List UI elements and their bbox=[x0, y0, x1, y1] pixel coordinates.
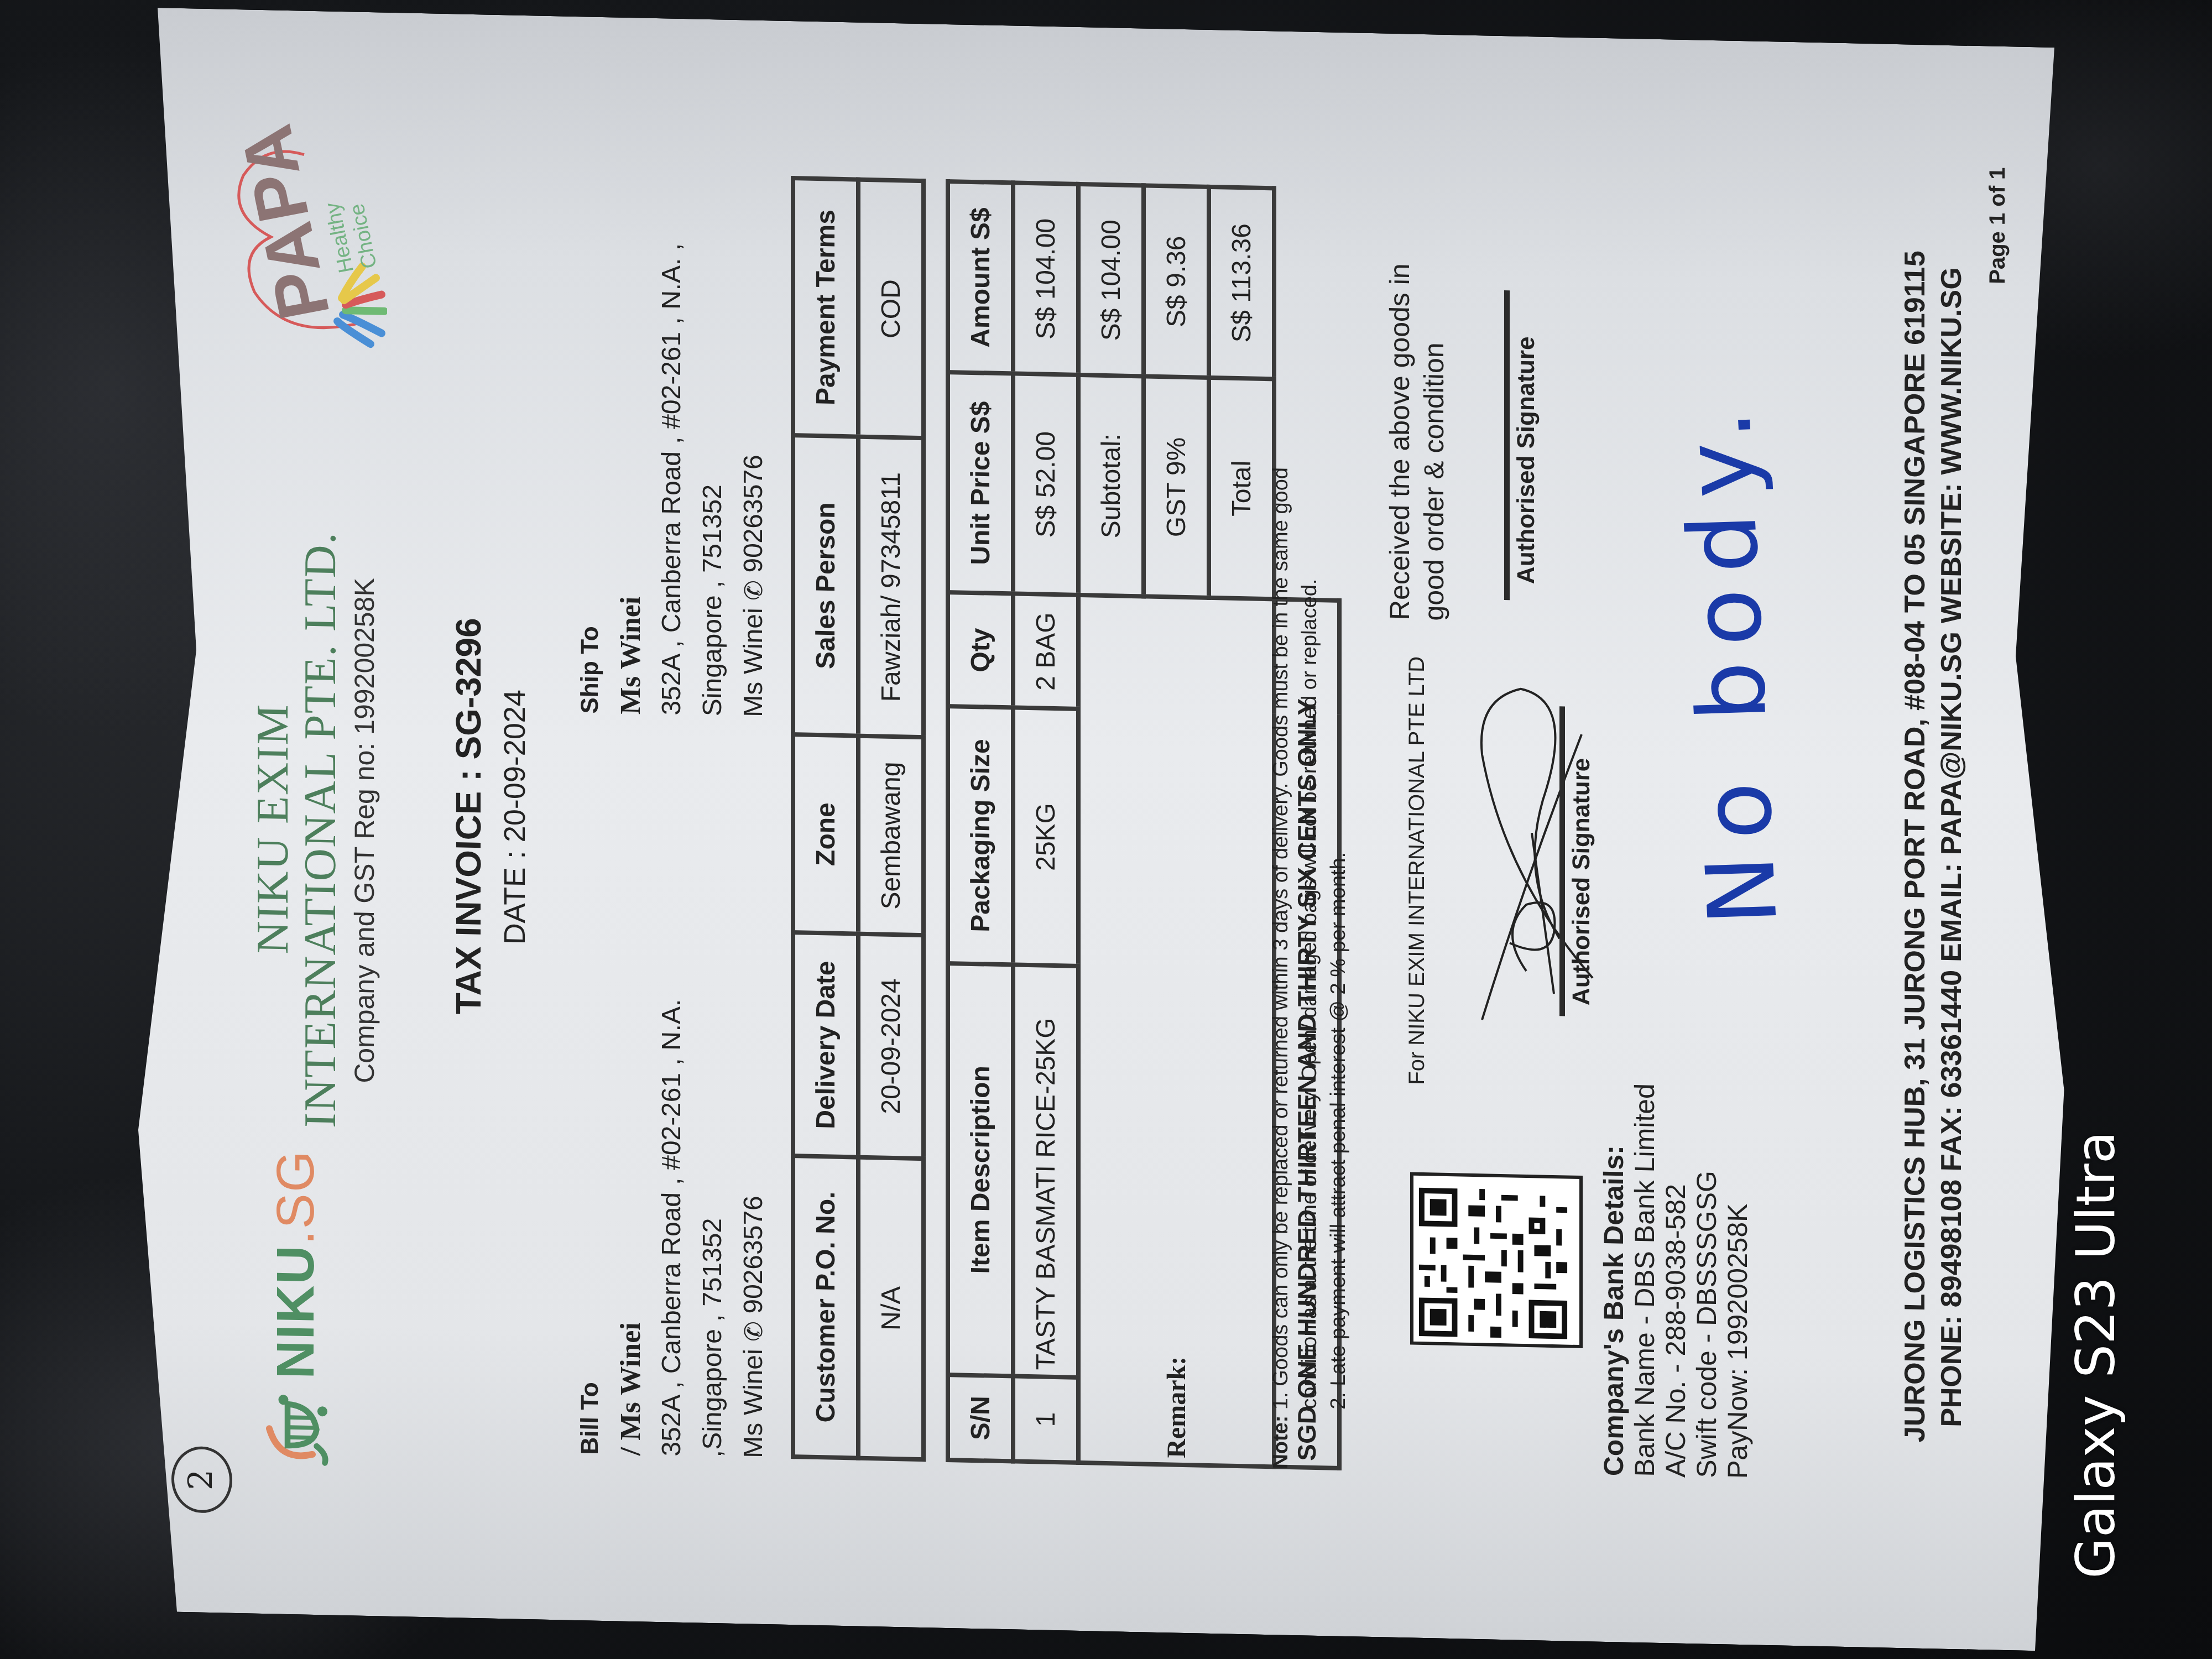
bill-to-label: Bill To bbox=[570, 997, 611, 1455]
customer-signature-line bbox=[1504, 290, 1510, 600]
ship-to-label: Ship To bbox=[570, 241, 611, 714]
remark-label: Remark: bbox=[1078, 595, 1274, 1467]
received-line-1: Received the above goods in bbox=[1383, 263, 1417, 620]
header-unit-price: Unit Price S$ bbox=[948, 372, 1013, 594]
niku-wordmark: NIKU.SG bbox=[265, 1149, 326, 1379]
note-1: Note: 1. Goods can only be replaced or r… bbox=[1266, 197, 1295, 1469]
company-reg-number: Company and GST Reg no: 199200258K bbox=[348, 498, 380, 1162]
company-signature-line bbox=[1559, 706, 1565, 1016]
header-delivery-date: Delivery Date bbox=[793, 932, 858, 1157]
bank-name: Bank Name - DBS Bank Limited bbox=[1629, 1083, 1660, 1477]
subtotal-label: Subtotal: bbox=[1078, 375, 1144, 597]
phone-icon: ✆ bbox=[740, 580, 768, 601]
bill-to-address-line1: 352A , Canberra Road , #02-261 , N.A. bbox=[651, 999, 692, 1457]
bank-account: A/C No. - 288-9038-582 bbox=[1660, 1084, 1691, 1478]
item-qty: 2 BAG bbox=[1013, 594, 1078, 709]
invoice-title: TAX INVOICE : SG-3296 bbox=[448, 14, 489, 1619]
item-sn: 1 bbox=[1013, 1376, 1078, 1462]
bill-to-contact: Ms Winei ✆ 90263576 bbox=[733, 1000, 775, 1459]
footer-contacts: PHONE: 89498108 FAX: 63361440 EMAIL: PAP… bbox=[1933, 45, 1970, 1649]
total-label: Total bbox=[1209, 378, 1274, 599]
company-name-line1: NIKU EXIM bbox=[249, 497, 296, 1161]
phone-icon: ✆ bbox=[740, 1321, 768, 1342]
ship-to-address-line2: Singapore , 751352 bbox=[692, 243, 733, 716]
subtotal-row: Remark: Subtotal: S$ 104.00 bbox=[1078, 184, 1144, 1464]
page-number: Page 1 of 1 bbox=[1985, 167, 2010, 284]
paynow-qr-code bbox=[1410, 1172, 1583, 1349]
received-goods-statement: Received the above goods in good order &… bbox=[1383, 263, 1451, 622]
camera-watermark: Galaxy S23 Ultra bbox=[2065, 1131, 2127, 1578]
company-name-line2: INTERNATIONAL PTE. LTD. bbox=[296, 497, 344, 1162]
header-item-description: Item Description bbox=[948, 963, 1013, 1376]
header-zone: Zone bbox=[793, 734, 858, 933]
bill-to-block: Bill To / Ms Winei 352A , Canberra Road … bbox=[570, 997, 775, 1458]
bank-details: Company's Bank Details: Bank Name - DBS … bbox=[1598, 1082, 1753, 1479]
header-payment-terms: Payment Terms bbox=[793, 178, 858, 437]
invoice-date: DATE : 20-09-2024 bbox=[498, 15, 532, 1619]
niku-logo: NIKU.SG bbox=[254, 1149, 337, 1472]
item-packaging-size: 25KG bbox=[1013, 708, 1078, 966]
notes-block: Note: 1. Goods can only be replaced or r… bbox=[1266, 197, 1353, 1470]
ship-to-name: Ms Winei bbox=[611, 242, 651, 714]
bank-details-heading: Company's Bank Details: bbox=[1598, 1082, 1629, 1477]
header-customer-po: Customer P.O. No. bbox=[793, 1156, 858, 1458]
item-description: TASTY BASMATI RICE-25KG bbox=[1013, 964, 1078, 1377]
header-qty: Qty bbox=[948, 592, 1013, 707]
subtotal-value: S$ 104.00 bbox=[1078, 184, 1144, 377]
received-line-2: good order & condition bbox=[1417, 264, 1451, 621]
gst-value: S$ 9.36 bbox=[1144, 185, 1209, 378]
sales-person-value: Fawziah/ 97345811 bbox=[858, 437, 924, 737]
delivery-date-value: 20-09-2024 bbox=[858, 934, 924, 1159]
bank-paynow: PayNow: 199200258K bbox=[1722, 1085, 1753, 1479]
order-info-header-row: Customer P.O. No. Delivery Date Zone Sal… bbox=[793, 178, 858, 1458]
item-amount: S$ 104.00 bbox=[1013, 182, 1078, 375]
customer-po-value: N/A bbox=[858, 1157, 924, 1459]
company-signature-label: Authorised Signature bbox=[1568, 758, 1595, 1005]
header-amount: Amount S$ bbox=[948, 181, 1013, 374]
customer-signature-label: Authorised Signature bbox=[1512, 336, 1540, 584]
note-1-cont: condition as at the time of delivery. Op… bbox=[1295, 197, 1324, 1470]
bill-to-name: / Ms Winei bbox=[611, 998, 651, 1456]
papa-logo: PAPA Healthy Choice bbox=[205, 131, 387, 367]
line-items-header-row: S/N Item Description Packaging Size Qty … bbox=[948, 181, 1013, 1461]
zone-value: Sembawang bbox=[858, 736, 924, 935]
gst-label: GST 9% bbox=[1144, 377, 1209, 598]
header-sn: S/N bbox=[948, 1375, 1013, 1461]
ship-to-block: Ship To Ms Winei 352A , Canberra Road , … bbox=[570, 241, 775, 718]
table-row: 1 TASTY BASMATI RICE-25KG 25KG 2 BAG S$ … bbox=[1013, 182, 1078, 1462]
company-header: NIKU EXIM INTERNATIONAL PTE. LTD. Compan… bbox=[249, 497, 380, 1163]
invoice-photo: 2 NIKU.SG NIKU EXIM INTERNATIONAL PTE. L… bbox=[138, 7, 2074, 1651]
bank-swift: Swift code - DBSSSGSG bbox=[1691, 1084, 1722, 1479]
shopping-cart-icon bbox=[254, 1387, 337, 1472]
note-2: 2. Late payment will attract penal inter… bbox=[1324, 198, 1353, 1470]
order-info-table: Customer P.O. No. Delivery Date Zone Sal… bbox=[791, 176, 926, 1462]
order-info-value-row: N/A 20-09-2024 Sembawang Fawziah/ 973458… bbox=[858, 180, 924, 1459]
footer-address: JURONG LOGISTICS HUB, 31 JURONG PORT ROA… bbox=[1897, 44, 1933, 1648]
company-footer: JURONG LOGISTICS HUB, 31 JURONG PORT ROA… bbox=[1897, 44, 1970, 1650]
handwritten-note: No body. bbox=[1662, 393, 1799, 927]
bill-to-address-line2: ,Singapore , 751352 bbox=[692, 999, 733, 1458]
invoice-paper: 2 NIKU.SG NIKU EXIM INTERNATIONAL PTE. L… bbox=[138, 7, 2074, 1651]
total-value: S$ 113.36 bbox=[1209, 187, 1274, 379]
ship-to-contact: Ms Winei ✆ 90263576 bbox=[733, 244, 775, 717]
qr-code-icon bbox=[1413, 1182, 1573, 1345]
header-sales-person: Sales Person bbox=[793, 435, 858, 735]
item-unit-price: S$ 52.00 bbox=[1013, 374, 1078, 596]
ship-to-address-line1: 352A , Canberra Road , #02-261 , N.A. , bbox=[651, 243, 692, 716]
header-packaging-size: Packaging Size bbox=[948, 706, 1013, 964]
payment-terms-value: COD bbox=[858, 180, 924, 439]
handwritten-circle-mark: 2 bbox=[171, 1446, 232, 1514]
